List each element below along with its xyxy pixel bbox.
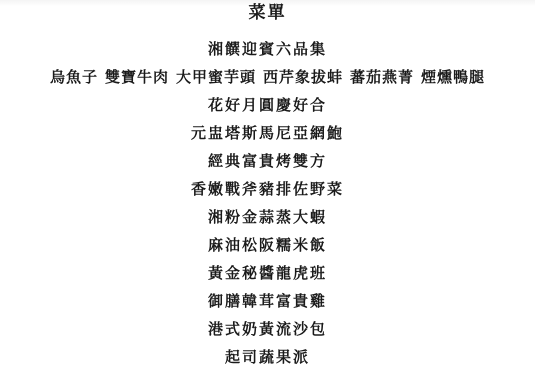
menu-item: 黃金秘醬龍虎班 (0, 262, 535, 290)
menu-item: 御膳韓茸富貴雞 (0, 290, 535, 318)
menu-item: 起司蔬果派 (0, 346, 535, 368)
menu-item-appetizer-components: 烏魚子雙寶牛肉大甲蜜芋頭西芹象拔蚌蕃茄燕菁煙燻鴨腿 (0, 66, 535, 94)
menu-page: 菜單 湘饌迎賓六品集 烏魚子雙寶牛肉大甲蜜芋頭西芹象拔蚌蕃茄燕菁煙燻鴨腿 花好月… (0, 0, 535, 368)
menu-item: 港式奶黃流沙包 (0, 318, 535, 346)
appetizer-tomato: 蕃茄燕菁 (350, 68, 414, 86)
menu-item: 花好月圓慶好合 (0, 94, 535, 122)
appetizer-double-beef: 雙寶牛肉 (105, 68, 169, 86)
menu-item: 湘粉金蒜蒸大蝦 (0, 206, 535, 234)
menu-item: 麻油松阪糯米飯 (0, 234, 535, 262)
appetizer-geoduck: 西芹象拔蚌 (263, 68, 343, 86)
appetizer-taro: 大甲蜜芋頭 (176, 68, 256, 86)
menu-item-appetizer-set: 湘饌迎賓六品集 (0, 38, 535, 66)
appetizer-smoked-duck: 煙燻鴨腿 (421, 68, 485, 86)
menu-list: 湘饌迎賓六品集 烏魚子雙寶牛肉大甲蜜芋頭西芹象拔蚌蕃茄燕菁煙燻鴨腿 花好月圓慶好… (0, 38, 535, 368)
menu-item: 香嫩戰斧豬排佐野菜 (0, 178, 535, 206)
menu-item: 元盅塔斯馬尼亞網鮑 (0, 122, 535, 150)
menu-item: 經典富貴烤雙方 (0, 150, 535, 178)
appetizer-mullet-roe: 烏魚子 (50, 68, 98, 86)
menu-title: 菜單 (0, 2, 535, 24)
